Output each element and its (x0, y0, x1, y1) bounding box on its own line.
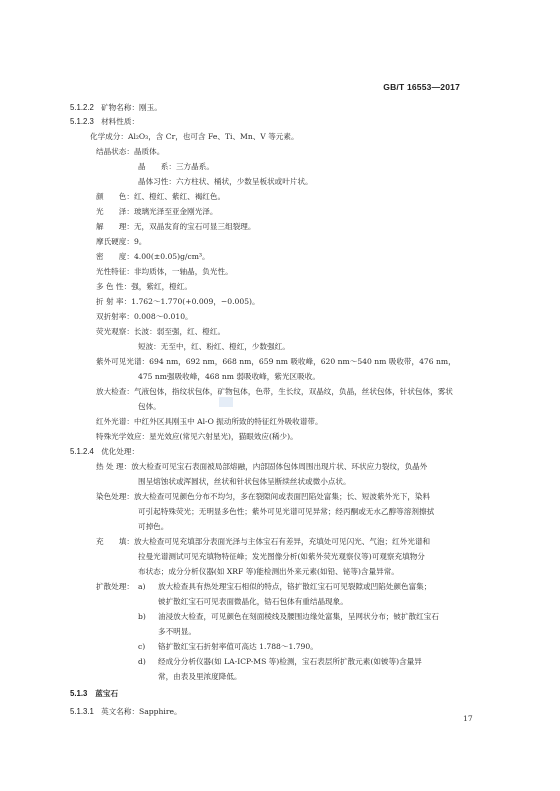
diffusion-item-d-line1: 经成分分析仪器(如 LA-ICP-MS 等)检测，宝石表层所扩散元素(如铍等)含… (158, 656, 422, 668)
watermark-logo (219, 397, 233, 407)
diffusion-item-a-line1: 放大检查具有热处理宝石相似的特点，铬扩散红宝石可见裂隙或凹陷处颜色富集； (158, 581, 431, 593)
section-number: 5.1.3 (70, 688, 87, 700)
treatment-heat-line2: 围呈熔蚀状或浑圆状，丝状和针状包体呈断续丝状或微小点状。 (138, 476, 351, 488)
property-crystal-state: 结晶状态：晶质体。 (96, 146, 164, 158)
property-magnification-line2: 包体。 (138, 401, 161, 413)
clause-5-1-2-2: 5.1.2.2 矿物名称：刚玉。 (70, 102, 162, 114)
diffusion-item-a-line2: 铍扩散红宝石可见表面微晶化，锆石包体有重结晶现象。 (158, 596, 348, 608)
standard-code: GB/T 16553—2017 (383, 82, 460, 92)
clause-5-1-2-4: 5.1.2.4 优化处理： (70, 446, 139, 458)
diffusion-item-b-line1: 油浸放大检查，可见颜色在刻面棱线及腰围边缘处富集，呈网状分布；铍扩散红宝石 (158, 611, 439, 623)
property-uvvis-spectrum-line2: 475 nm强吸收峰，468 nm 弱吸收峰，紫光区吸收。 (138, 371, 320, 383)
clause-text: 矿物名称：刚玉。 (101, 103, 162, 112)
diffusion-item-c-line1: 铬扩散红宝石折射率值可高达 1.788～1.790。 (158, 641, 318, 653)
diffusion-item-d-line2: 常，由表及里浓度降低。 (158, 671, 242, 683)
clause-text: 优化处理： (101, 447, 139, 456)
property-color: 颜 色：红、橙红、紫红、褐红色。 (96, 191, 225, 203)
treatment-heat-line1: 热 处 理：放大检查可见宝石表面被局部熔融，内部固体包体周围出现片状、环状应力裂… (96, 461, 427, 473)
treatment-dye-line3: 可掉色。 (138, 521, 168, 533)
diffusion-item-marker-d: d) (138, 656, 146, 668)
property-optical-character: 光性特征：非均质体，一轴晶，负光性。 (96, 266, 233, 278)
section-title: 蓝宝石 (95, 689, 118, 698)
property-infrared-spectrum: 红外光谱：中红外区具刚玉中 Al-O 振动所致的特征红外吸收谱带。 (96, 416, 323, 428)
clause-text: 材料性质： (101, 117, 139, 126)
property-fluorescence-longwave: 荧光观察：长波：弱至强，红、橙红。 (96, 326, 225, 338)
property-density: 密 度：4.00(±0.05)g/cm³。 (96, 251, 210, 263)
property-fluorescence-shortwave: 短波：无至中，红、粉红、橙红，少数强红。 (138, 341, 290, 353)
property-crystal-system: 晶 系：三方晶系。 (138, 161, 214, 173)
property-special-optical-effects: 特殊光学效应：星光效应(常见六射星光)，猫眼效应(稀少)。 (96, 431, 298, 443)
property-pleochroism: 多 色 性：强，紫红，橙红。 (96, 281, 192, 293)
property-refractive-index: 折 射 率：1.762～1.770(+0.009，−0.005)。 (96, 296, 260, 308)
property-crystal-habit: 晶体习性：六方柱状、桶状，少数呈板状或叶片状。 (138, 176, 313, 188)
clause-number: 5.1.2.2 (70, 102, 94, 114)
property-hardness: 摩氏硬度：9。 (96, 236, 146, 248)
treatment-dye-line2: 可引起特殊荧光；无明显多色性；紫外可见光谱可见异常；经丙酮或无水乙醇等溶剂擦拭 (138, 506, 434, 518)
document-page: GB/T 16553—2017 5.1.2.2 矿物名称：刚玉。 5.1.2.3… (0, 0, 560, 791)
treatment-filling-line1: 充 填：放大检查可见充填部分表面光泽与主体宝石有差异，充填处可见闪光、气泡；红外… (96, 536, 430, 548)
diffusion-item-marker-a: a) (138, 581, 146, 593)
page-number: 17 (463, 714, 473, 723)
clause-text: 英文名称：Sapphire。 (101, 707, 181, 716)
clause-number: 5.1.3.1 (70, 706, 94, 718)
diffusion-item-b-line2: 多不明显。 (158, 626, 196, 638)
property-cleavage: 解 理：无，双晶发育的宝石可显三组裂理。 (96, 221, 255, 233)
property-birefringence: 双折射率：0.008～0.010。 (96, 311, 193, 323)
section-5-1-3-heading: 5.1.3 蓝宝石 (70, 688, 118, 700)
property-uvvis-spectrum-line1: 紫外可见光谱：694 nm，692 nm，668 nm，659 nm 吸收峰，6… (96, 356, 456, 368)
treatment-diffusion-label: 扩散处理： (96, 581, 134, 593)
diffusion-item-marker-b: b) (138, 611, 146, 623)
clause-5-1-2-3: 5.1.2.3 材料性质： (70, 116, 139, 128)
property-magnification-line1: 放大检查：气液包体，指纹状包体，矿物包体，色带，生长纹，双晶纹，负晶，丝状包体，… (96, 386, 453, 398)
treatment-filling-line3: 布状态；成分分析仪器(如 XRF 等)能检测出外来元素(如铅、铋等)含量异常。 (138, 566, 399, 578)
clause-number: 5.1.2.4 (70, 446, 94, 458)
property-luster: 光 泽：玻璃光泽至亚金刚光泽。 (96, 206, 218, 218)
diffusion-item-marker-c: c) (138, 641, 145, 653)
clause-5-1-3-1: 5.1.3.1 英文名称：Sapphire。 (70, 706, 182, 718)
property-chemical-composition: 化学成分：Al₂O₃，含 Cr，也可含 Fe、Ti、Mn、V 等元素。 (90, 131, 299, 143)
treatment-dye-line1: 染色处理：放大检查可见颜色分布不均匀，多在裂隙间或表面凹陷处富集；长、短波紫外光… (96, 491, 430, 503)
treatment-filling-line2: 拉曼光谱测试可见充填物特征峰；发光图像分析(如紫外荧光观察仪等)可观察充填物分 (138, 551, 425, 563)
clause-number: 5.1.2.3 (70, 116, 94, 128)
